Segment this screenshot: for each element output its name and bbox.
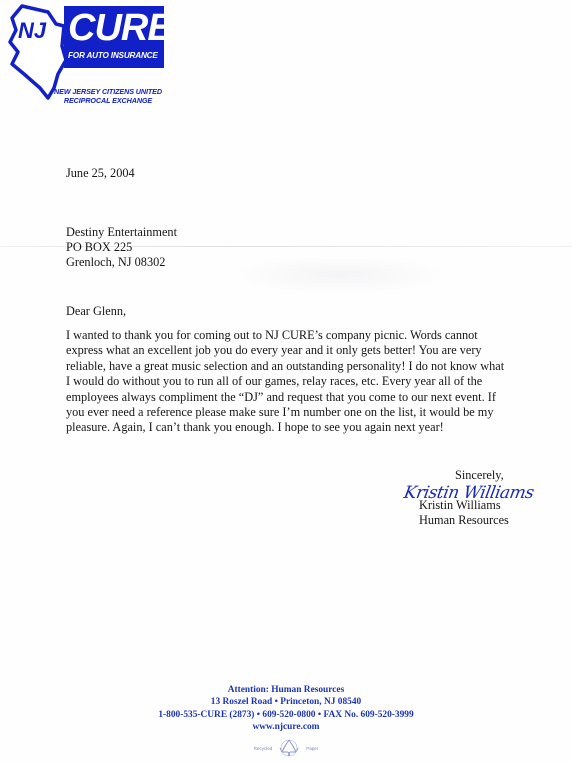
recycled-paper-mark: Recycled Paper (0, 738, 572, 758)
recycled-label: Recycled (254, 746, 273, 751)
signer-block: Kristin Williams Human Resources (419, 498, 509, 528)
body-line: reliable, have a great music selection a… (66, 359, 546, 374)
svg-text:NJ: NJ (18, 18, 47, 43)
recycle-icon (278, 738, 300, 758)
letter-page: NJ CURE FOR AUTO INSURANCE NEW JERSEY CI… (0, 0, 572, 762)
letter-body: I wanted to thank you for coming out to … (66, 328, 546, 436)
company-logo: NJ CURE FOR AUTO INSURANCE NEW JERSEY CI… (4, 2, 174, 102)
letter-date: June 25, 2004 (66, 166, 135, 181)
recipient-address-line2: Grenloch, NJ 08302 (66, 255, 177, 270)
logo-wordmark: CURE (68, 6, 172, 50)
body-line: I wanted to thank you for coming out to … (66, 328, 546, 343)
letterhead-footer: Attention: Human Resources 13 Roszel Roa… (0, 684, 572, 734)
closing: Sincerely, (455, 468, 504, 483)
recipient-address: Destiny Entertainment PO BOX 225 Grenloc… (66, 225, 177, 270)
logo-tagline: FOR AUTO INSURANCE (68, 51, 158, 60)
body-line: I would do without you to run all of our… (66, 374, 546, 389)
signer-title: Human Resources (419, 513, 509, 528)
footer-address: 13 Roszel Road • Princeton, NJ 08540 (0, 696, 572, 708)
body-line: you ever need a reference please make su… (66, 405, 546, 420)
signer-name: Kristin Williams (419, 498, 509, 513)
footer-phones: 1-800-535-CURE (2873) • 609-520-0800 • F… (0, 709, 572, 721)
paper-smudge (230, 255, 450, 295)
recipient-address-line1: PO BOX 225 (66, 240, 177, 255)
recipient-name: Destiny Entertainment (66, 225, 177, 240)
body-line: pleasure. Again, I can’t thank you enoug… (66, 420, 546, 435)
footer-attention: Attention: Human Resources (0, 684, 572, 696)
footer-website: www.njcure.com (0, 721, 572, 733)
salutation: Dear Glenn, (66, 304, 126, 319)
body-line: express what an excellent job you do eve… (66, 343, 546, 358)
logo-subtitle: NEW JERSEY CITIZENS UNITED RECIPROCAL EX… (43, 88, 173, 105)
paper-label: Paper (306, 746, 318, 751)
body-line: employees always compliment the “DJ” and… (66, 390, 546, 405)
logo-subtitle-line2: RECIPROCAL EXCHANGE (43, 97, 173, 106)
